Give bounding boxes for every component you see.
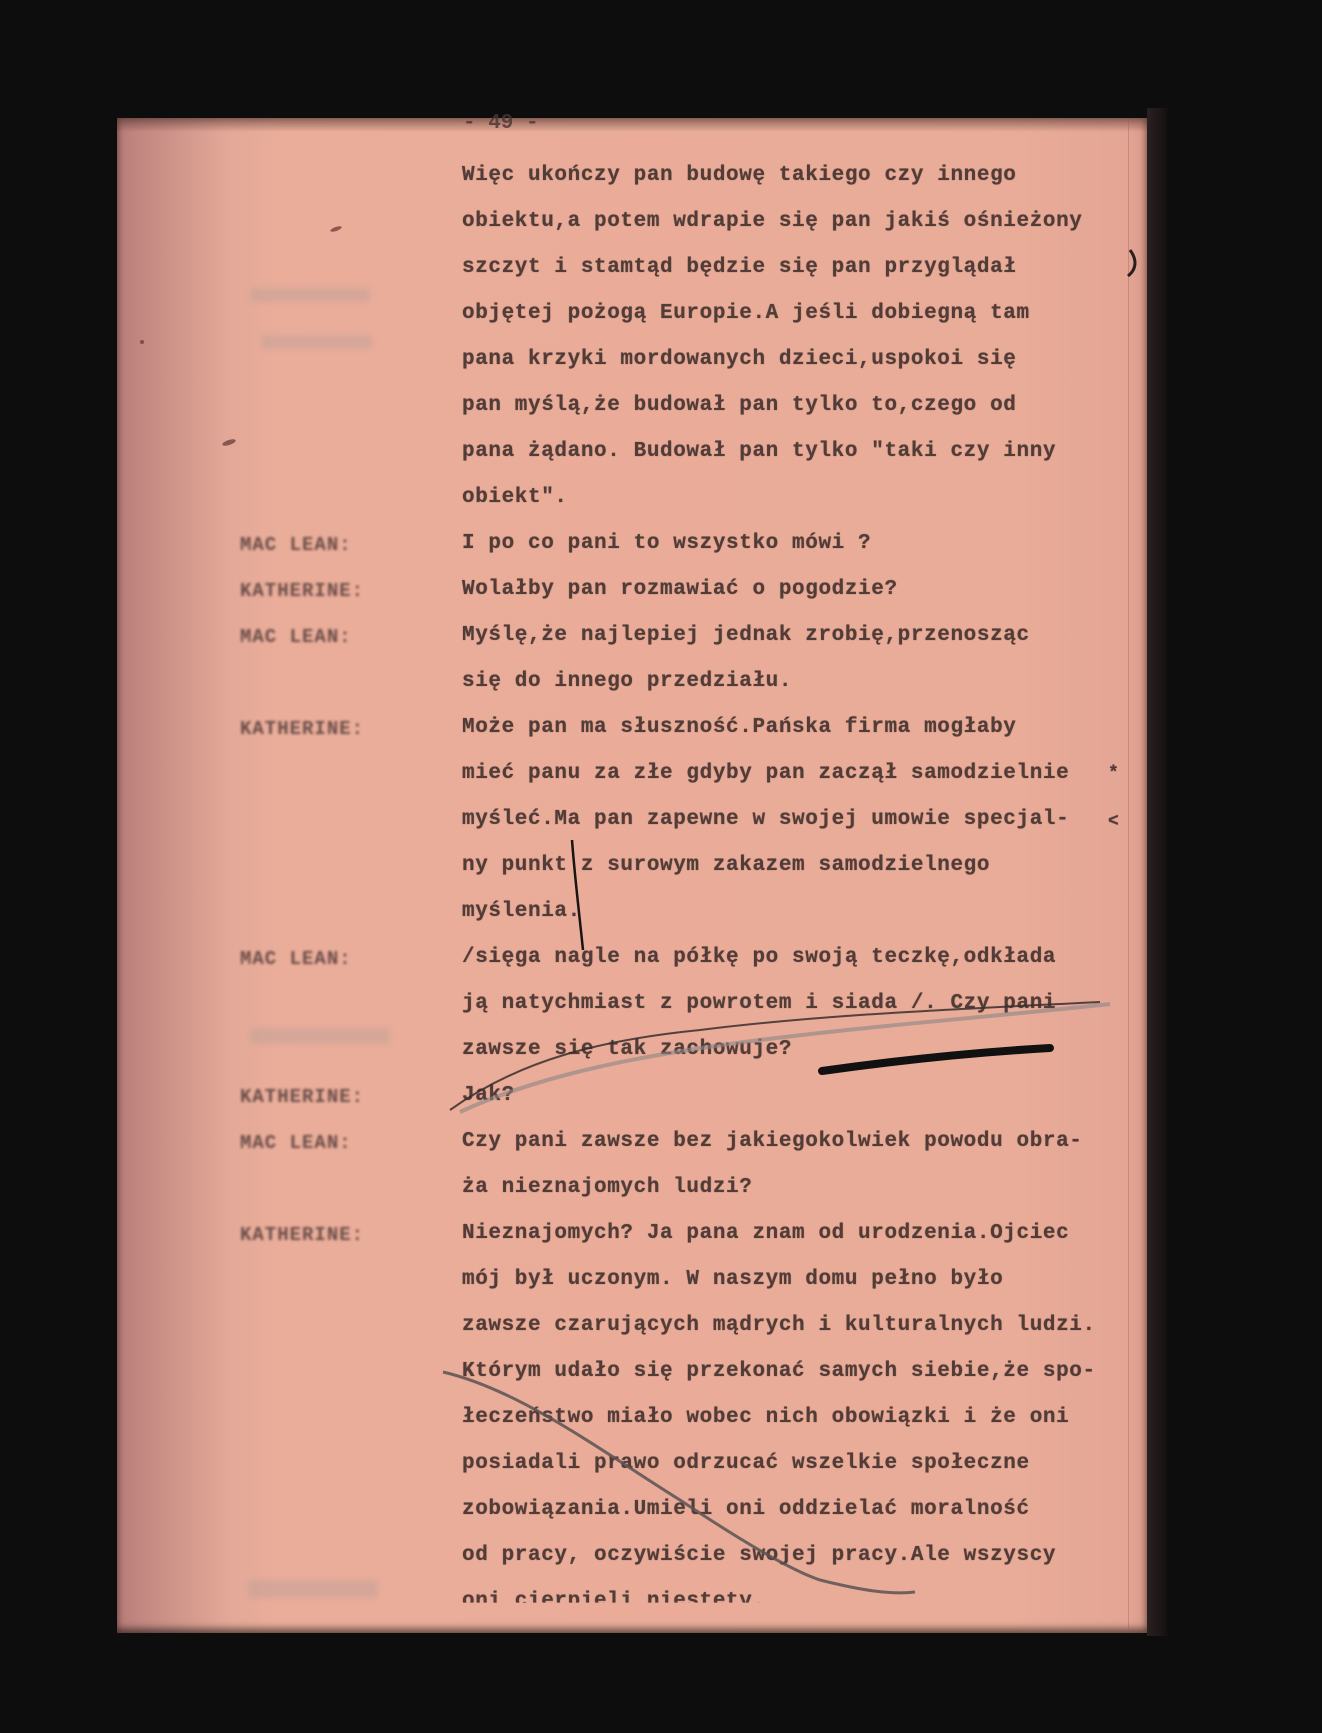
dialogue-line: Myślę,że najlepiej jednak zrobię,przenos… [462, 624, 1030, 647]
dialogue-line: Którym udało się przekonać samych siebie… [462, 1360, 1096, 1383]
bleed-through [262, 335, 372, 349]
bleed-through [248, 1580, 378, 1598]
page-number: - 49 - [463, 112, 539, 135]
dialogue-line: Czy pani zawsze bez jakiegokolwiek powod… [462, 1130, 1083, 1153]
dialogue-line: pan myślą,że budował pan tylko to,czego … [462, 394, 1017, 417]
speaker-label: KATHERINE: [240, 1086, 364, 1108]
dialogue-line: posiadali prawo odrzucać wszelkie społec… [462, 1452, 1030, 1475]
speaker-label: MAC LEAN: [240, 626, 352, 648]
dialogue-line: mój był uczonym. W naszym domu pełno był… [462, 1268, 1003, 1291]
dialogue-line: łeczeństwo miało wobec nich obowiązki i … [462, 1406, 1069, 1429]
speaker-label: MAC LEAN: [240, 1132, 352, 1154]
dialogue-line: pana żądano. Budował pan tylko "taki czy… [462, 440, 1056, 463]
dialogue-line: mieć panu za złe gdyby pan zaczął samodz… [462, 762, 1069, 785]
dialogue-line: pana krzyki mordowanych dzieci,uspokoi s… [462, 348, 1017, 371]
speaker-label: KATHERINE: [240, 580, 364, 602]
speaker-label: KATHERINE: [240, 718, 364, 740]
dialogue-line: zawsze się tak zachowuje? [462, 1038, 792, 1061]
bleed-through [250, 288, 370, 302]
dialogue-line: obiekt". [462, 486, 568, 509]
dialogue-line: się do innego przedziału. [462, 670, 792, 693]
dialogue-line: zobowiązania.Umieli oni oddzielać moraln… [462, 1498, 1030, 1521]
scanner-bed-edge [1147, 108, 1167, 1636]
dialogue-line: zawsze czarujących mądrych i kulturalnyc… [462, 1314, 1096, 1337]
dialogue-line: /sięga nagle na półkę po swoją teczkę,od… [462, 946, 1056, 969]
dialogue-line: Jak? [462, 1084, 515, 1107]
dust-speck [140, 340, 144, 344]
speaker-label: MAC LEAN: [240, 948, 352, 970]
dialogue-line: Nieznajomych? Ja pana znam od urodzenia.… [462, 1222, 1069, 1245]
dialogue-line: ża nieznajomych ludzi? [462, 1176, 752, 1199]
dialogue-line: Wolałby pan rozmawiać o pogodzie? [462, 578, 898, 601]
dialogue-line: objętej pożogą Europie.A jeśli dobiegną … [462, 302, 1030, 325]
dialogue-line: I po co pani to wszystko mówi ? [462, 532, 871, 555]
dialogue-line: Więc ukończy pan budowę takiego czy inne… [462, 164, 1017, 187]
bleed-through [250, 1028, 390, 1044]
margin-mark: < [1108, 812, 1119, 832]
dialogue-line: myśleć.Ma pan zapewne w swojej umowie sp… [462, 808, 1069, 831]
margin-mark: * [1108, 764, 1119, 784]
dialogue-line: Może pan ma słuszność.Pańska firma mogła… [462, 716, 1017, 739]
dialogue-line: ją natychmiast z powrotem i siada /. Czy… [462, 992, 1056, 1015]
dialogue-line: ny punkt z surowym zakazem samodzielnego [462, 854, 990, 877]
paper-fold-line [1128, 118, 1129, 1633]
dialogue-line: obiektu,a potem wdrapie się pan jakiś oś… [462, 210, 1083, 233]
dialogue-line: myślenia. [462, 900, 581, 923]
dialogue-line: od pracy, oczywiście swojej pracy.Ale ws… [462, 1544, 1056, 1567]
dialogue-line: szczyt i stamtąd będzie się pan przygląd… [462, 256, 1017, 279]
speaker-label: MAC LEAN: [240, 534, 352, 556]
speaker-label: KATHERINE: [240, 1224, 364, 1246]
